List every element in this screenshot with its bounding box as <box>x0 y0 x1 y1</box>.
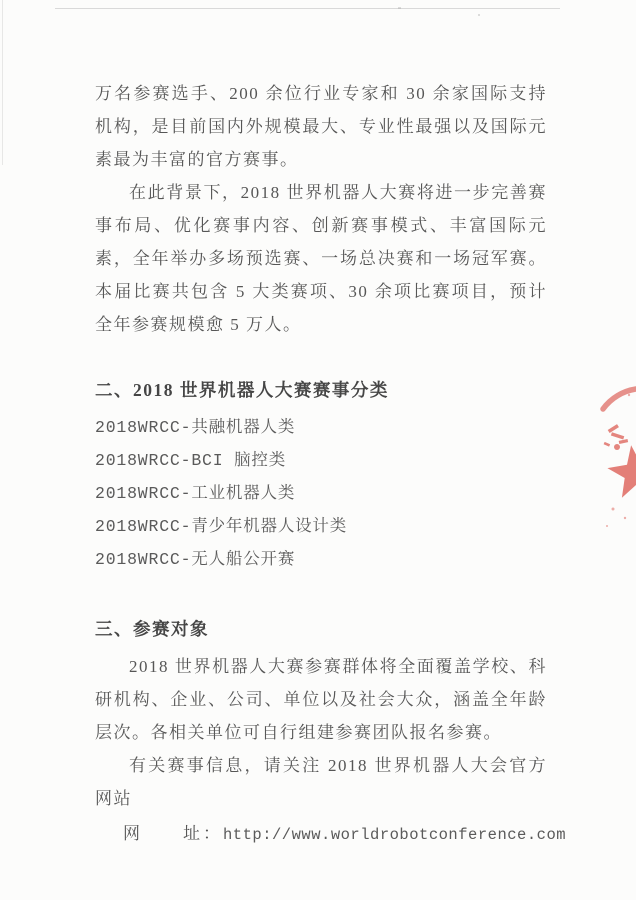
section-heading-participants: 三、参赛对象 <box>95 613 547 646</box>
category-list: 2018WRCC-共融机器人类 2018WRCC-BCI 脑控类 2018WRC… <box>95 411 547 576</box>
section-heading-categories: 二、2018 世界机器人大赛赛事分类 <box>95 374 547 407</box>
scan-artifact-left-line <box>2 0 3 165</box>
category-item-integrated-robots: 2018WRCC-共融机器人类 <box>95 411 547 444</box>
seal-character-fragments <box>604 424 629 450</box>
seal-ink-specks <box>606 394 630 527</box>
website-label: 网 址： <box>123 824 223 843</box>
category-item-youth-robot-design: 2018WRCC-青少年机器人设计类 <box>95 510 547 543</box>
scanned-document-page: 万名参赛选手、200 余位行业专家和 30 余家国际支持机构，是目前国内外规模最… <box>0 0 636 900</box>
scan-artifact-speck <box>398 7 401 9</box>
category-item-industrial-robots: 2018WRCC-工业机器人类 <box>95 477 547 510</box>
paragraph-background: 在此背景下，2018 世界机器人大赛将进一步完善赛事布局、优化赛事内容、创新赛事… <box>95 176 547 341</box>
paragraph-event-scale: 万名参赛选手、200 余位行业专家和 30 余家国际支持机构，是目前国内外规模最… <box>95 77 547 176</box>
red-seal-fragment <box>595 385 636 540</box>
category-item-bci: 2018WRCC-BCI 脑控类 <box>95 444 547 477</box>
paragraph-participants: 2018 世界机器人大赛参赛群体将全面覆盖学校、科研机构、企业、公司、单位以及社… <box>95 650 547 749</box>
category-item-unmanned-ship: 2018WRCC-无人船公开赛 <box>95 543 547 576</box>
seal-star <box>607 445 636 497</box>
website-url: http://www.worldrobotconference.com <box>223 826 566 844</box>
paragraph-event-info: 有关赛事信息，请关注 2018 世界机器人大会官方网站 <box>95 749 547 815</box>
document-content: 万名参赛选手、200 余位行业专家和 30 余家国际支持机构，是目前国内外规模最… <box>95 77 547 852</box>
scan-artifact-top-line <box>55 8 560 9</box>
scan-artifact-speck <box>478 14 480 16</box>
website-line: 网 址：http://www.worldrobotconference.com <box>95 817 547 852</box>
